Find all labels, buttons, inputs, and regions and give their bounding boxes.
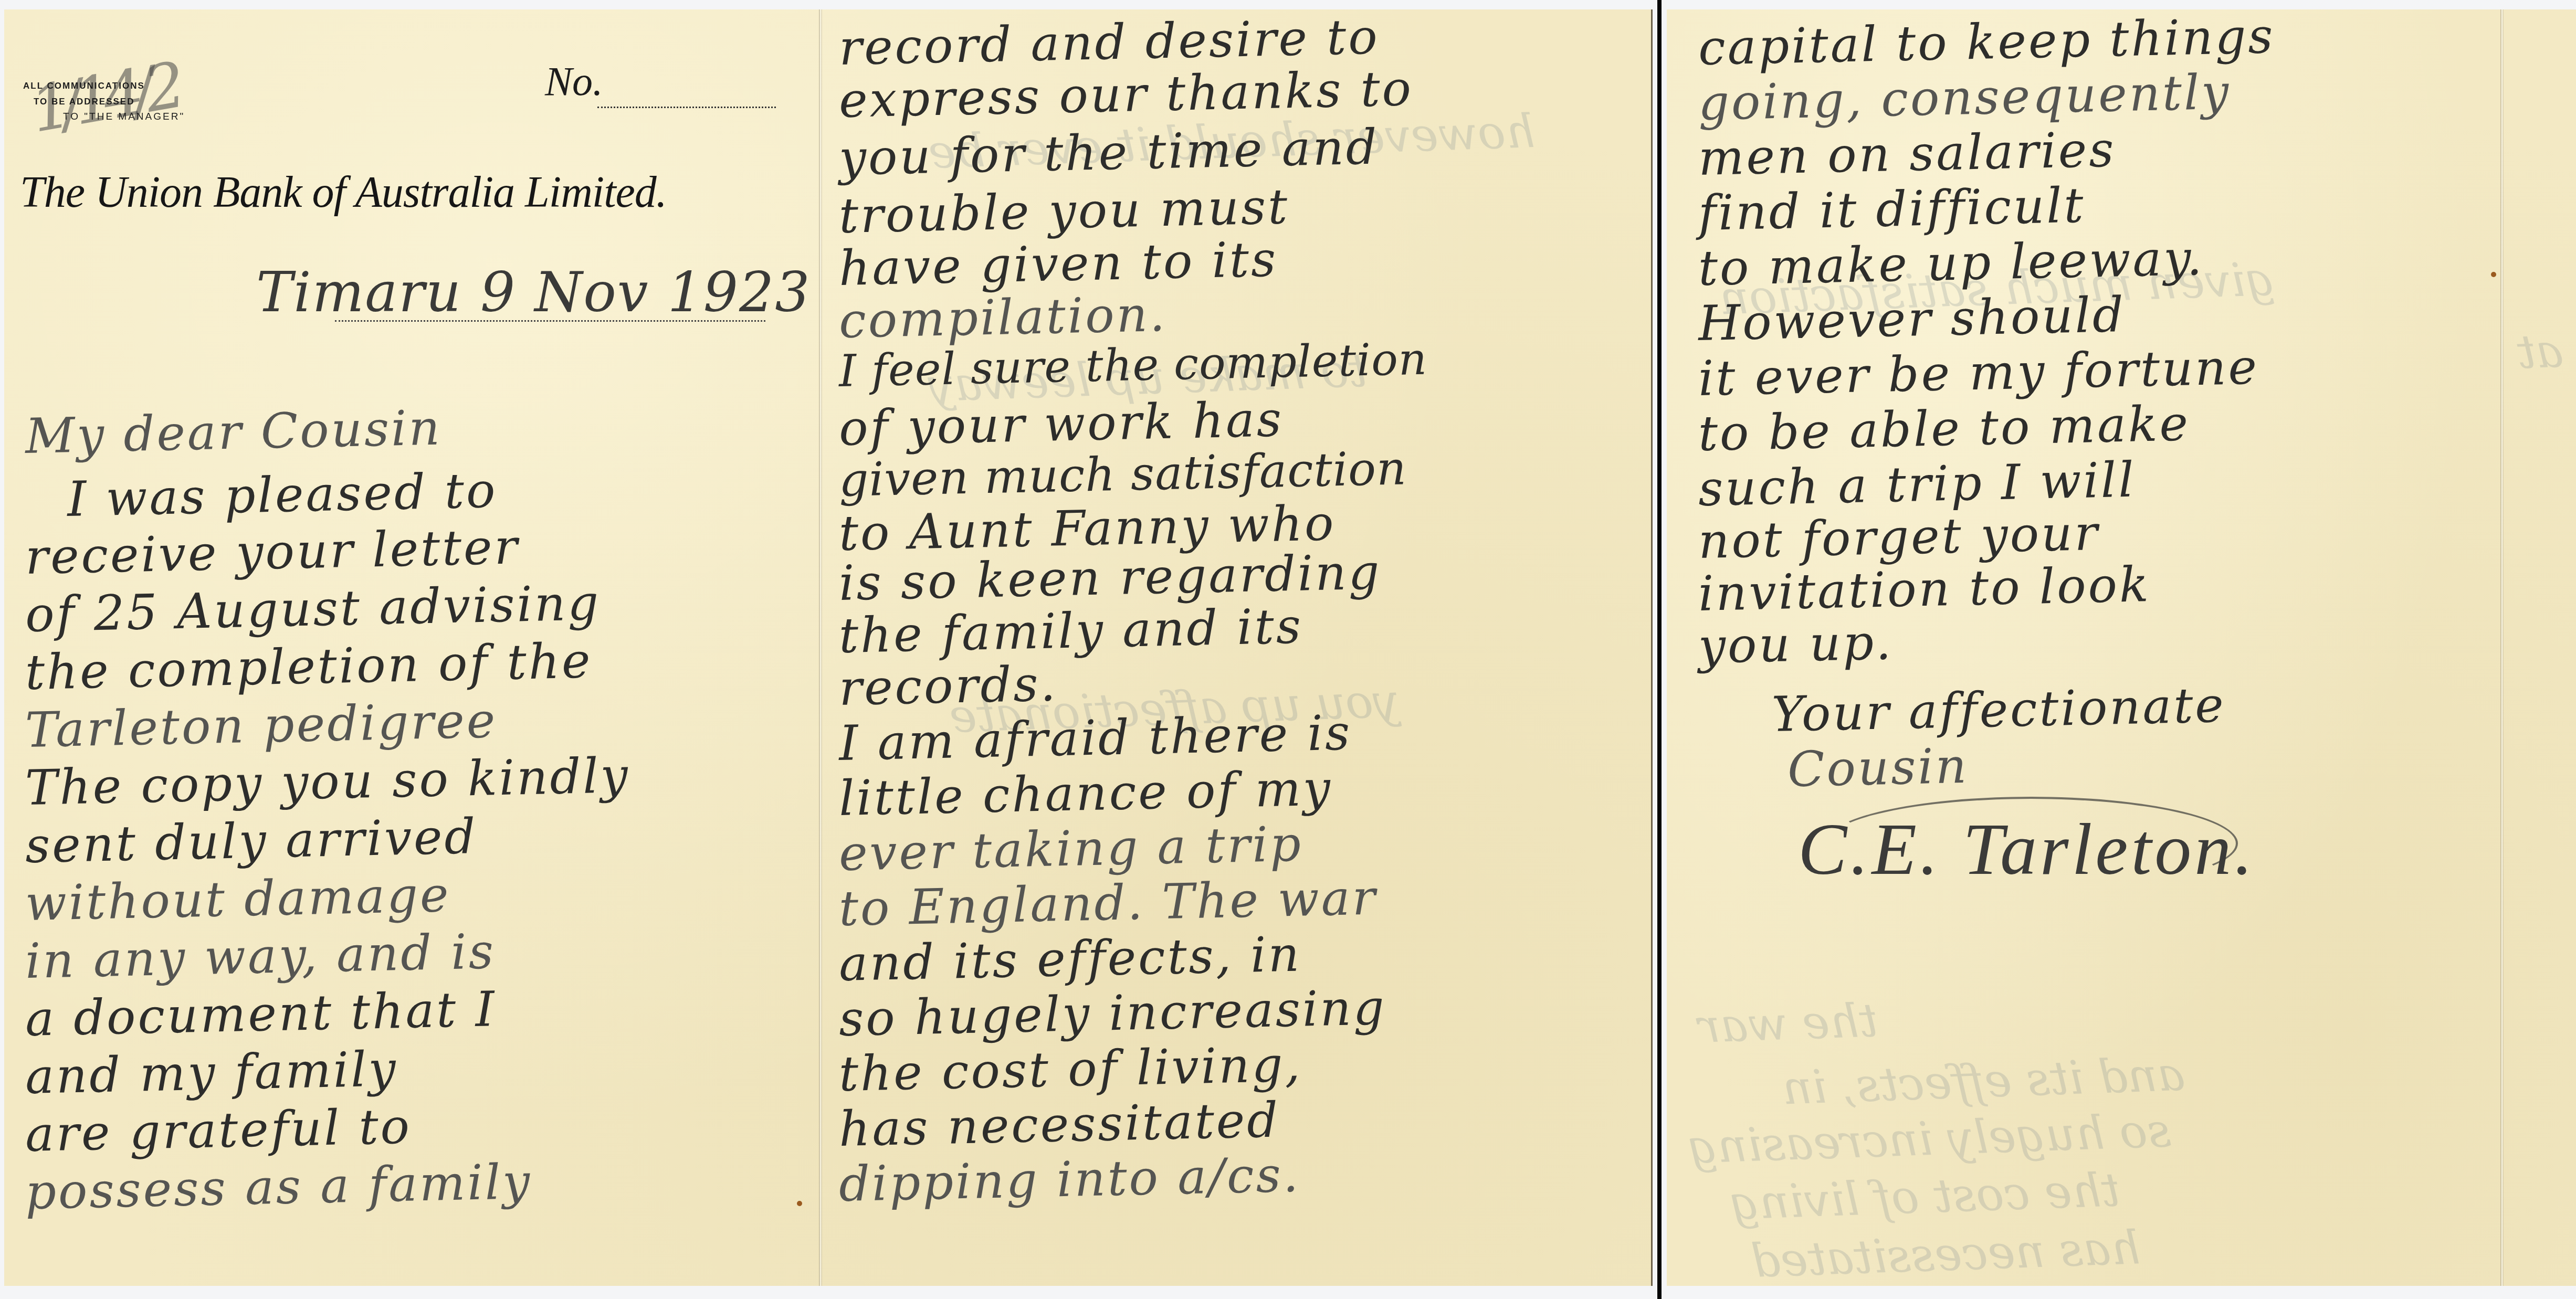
handwritten-line: in any way, and is [25,923,496,989]
scan-separator [1657,0,1662,1299]
handwritten-line: men on salaries [1698,121,2117,186]
handwritten-line: are grateful to [25,1099,412,1163]
handwritten-line: has necessitated [838,1092,1280,1157]
handwritten-line: find it difficult [1698,177,2086,241]
letter-page-1: 1/14/2 ALL COMMUNICATIONS TO BE ADDRESSE… [4,9,819,1286]
closing-cousin: Cousin [1787,738,1969,798]
ink-bleed-through: the war [1697,993,1878,1053]
handwritten-line: dipping into a/cs. [838,1147,1301,1212]
left-sheet: 1/14/2 ALL COMMUNICATIONS TO BE ADDRESSE… [4,9,1653,1286]
handwritten-line: sent duly arrived [25,808,478,874]
handwritten-line: going, consequently [1698,64,2231,131]
handwritten-line: express our thanks to [838,60,1414,129]
foxing-spot [2491,272,2496,277]
handwritten-line: have given to its [838,231,1278,296]
center-fold [819,9,822,1286]
letterhead-communications-line: ALL COMMUNICATIONS [23,81,145,91]
handwritten-line: the family and its [838,598,1303,663]
handwritten-line: without damage [25,867,451,932]
ink-bleed-through: the cost of living [1729,1163,2121,1230]
handwritten-line: records. [838,656,1058,716]
number-dotted-line [597,107,776,108]
handwritten-line: the cost of living, [838,1037,1303,1102]
handwritten-line: and my family [25,1041,398,1105]
handwritten-line: possess as a family [25,1154,532,1220]
handwritten-line: invitation to look [1698,556,2151,622]
handwritten-line: so hugely increasing [838,979,1387,1047]
right-sheet: given much satisfaction the war and its … [1667,9,2576,1286]
center-fold [2500,9,2504,1286]
handwritten-line: However should [1698,287,2126,352]
letterhead-manager-line: TO "THE MANAGER" [63,111,185,123]
handwritten-line: of 25 August advising [25,575,601,643]
place-and-date: Timaru 9 Nov 1923 [256,260,811,324]
ink-bleed-through: at [2516,323,2564,379]
handwritten-line: ever taking a trip [838,816,1303,882]
date-dotted-line [335,320,765,322]
ink-bleed-through: has necessitated [1750,1220,2141,1288]
handwritten-line: I was pleased to [67,462,498,527]
handwritten-line: receive your letter [25,519,520,585]
handwritten-line: the completion of the [25,632,593,701]
handwritten-line: to make up leeway. [1698,230,2204,297]
salutation: My dear Cousin [25,399,443,464]
handwritten-line: you for the time and [838,119,1380,186]
handwritten-line: Tarleton pedigree [25,692,498,758]
letterhead-number-label: No. [545,58,603,105]
handwritten-line: a document that I [25,981,497,1047]
bank-name-heading: The Union Bank of Australia Limited. [20,167,667,218]
handwritten-line: you up. [1698,614,1894,674]
handwritten-line: The copy you so kindly [25,747,630,816]
signature: C.E. Tarleton. [1798,807,2256,892]
foxing-spot [797,1201,802,1206]
handwritten-line: and its effects, in [838,926,1302,992]
letterhead-addressed-line: TO BE ADDRESSED [34,97,134,107]
letter-page-3: given much satisfaction the war and its … [1667,9,2500,1286]
letter-page-2: however should it ever be to make up lee… [823,9,1653,1286]
closing-line: Your affectionate [1771,677,2226,743]
